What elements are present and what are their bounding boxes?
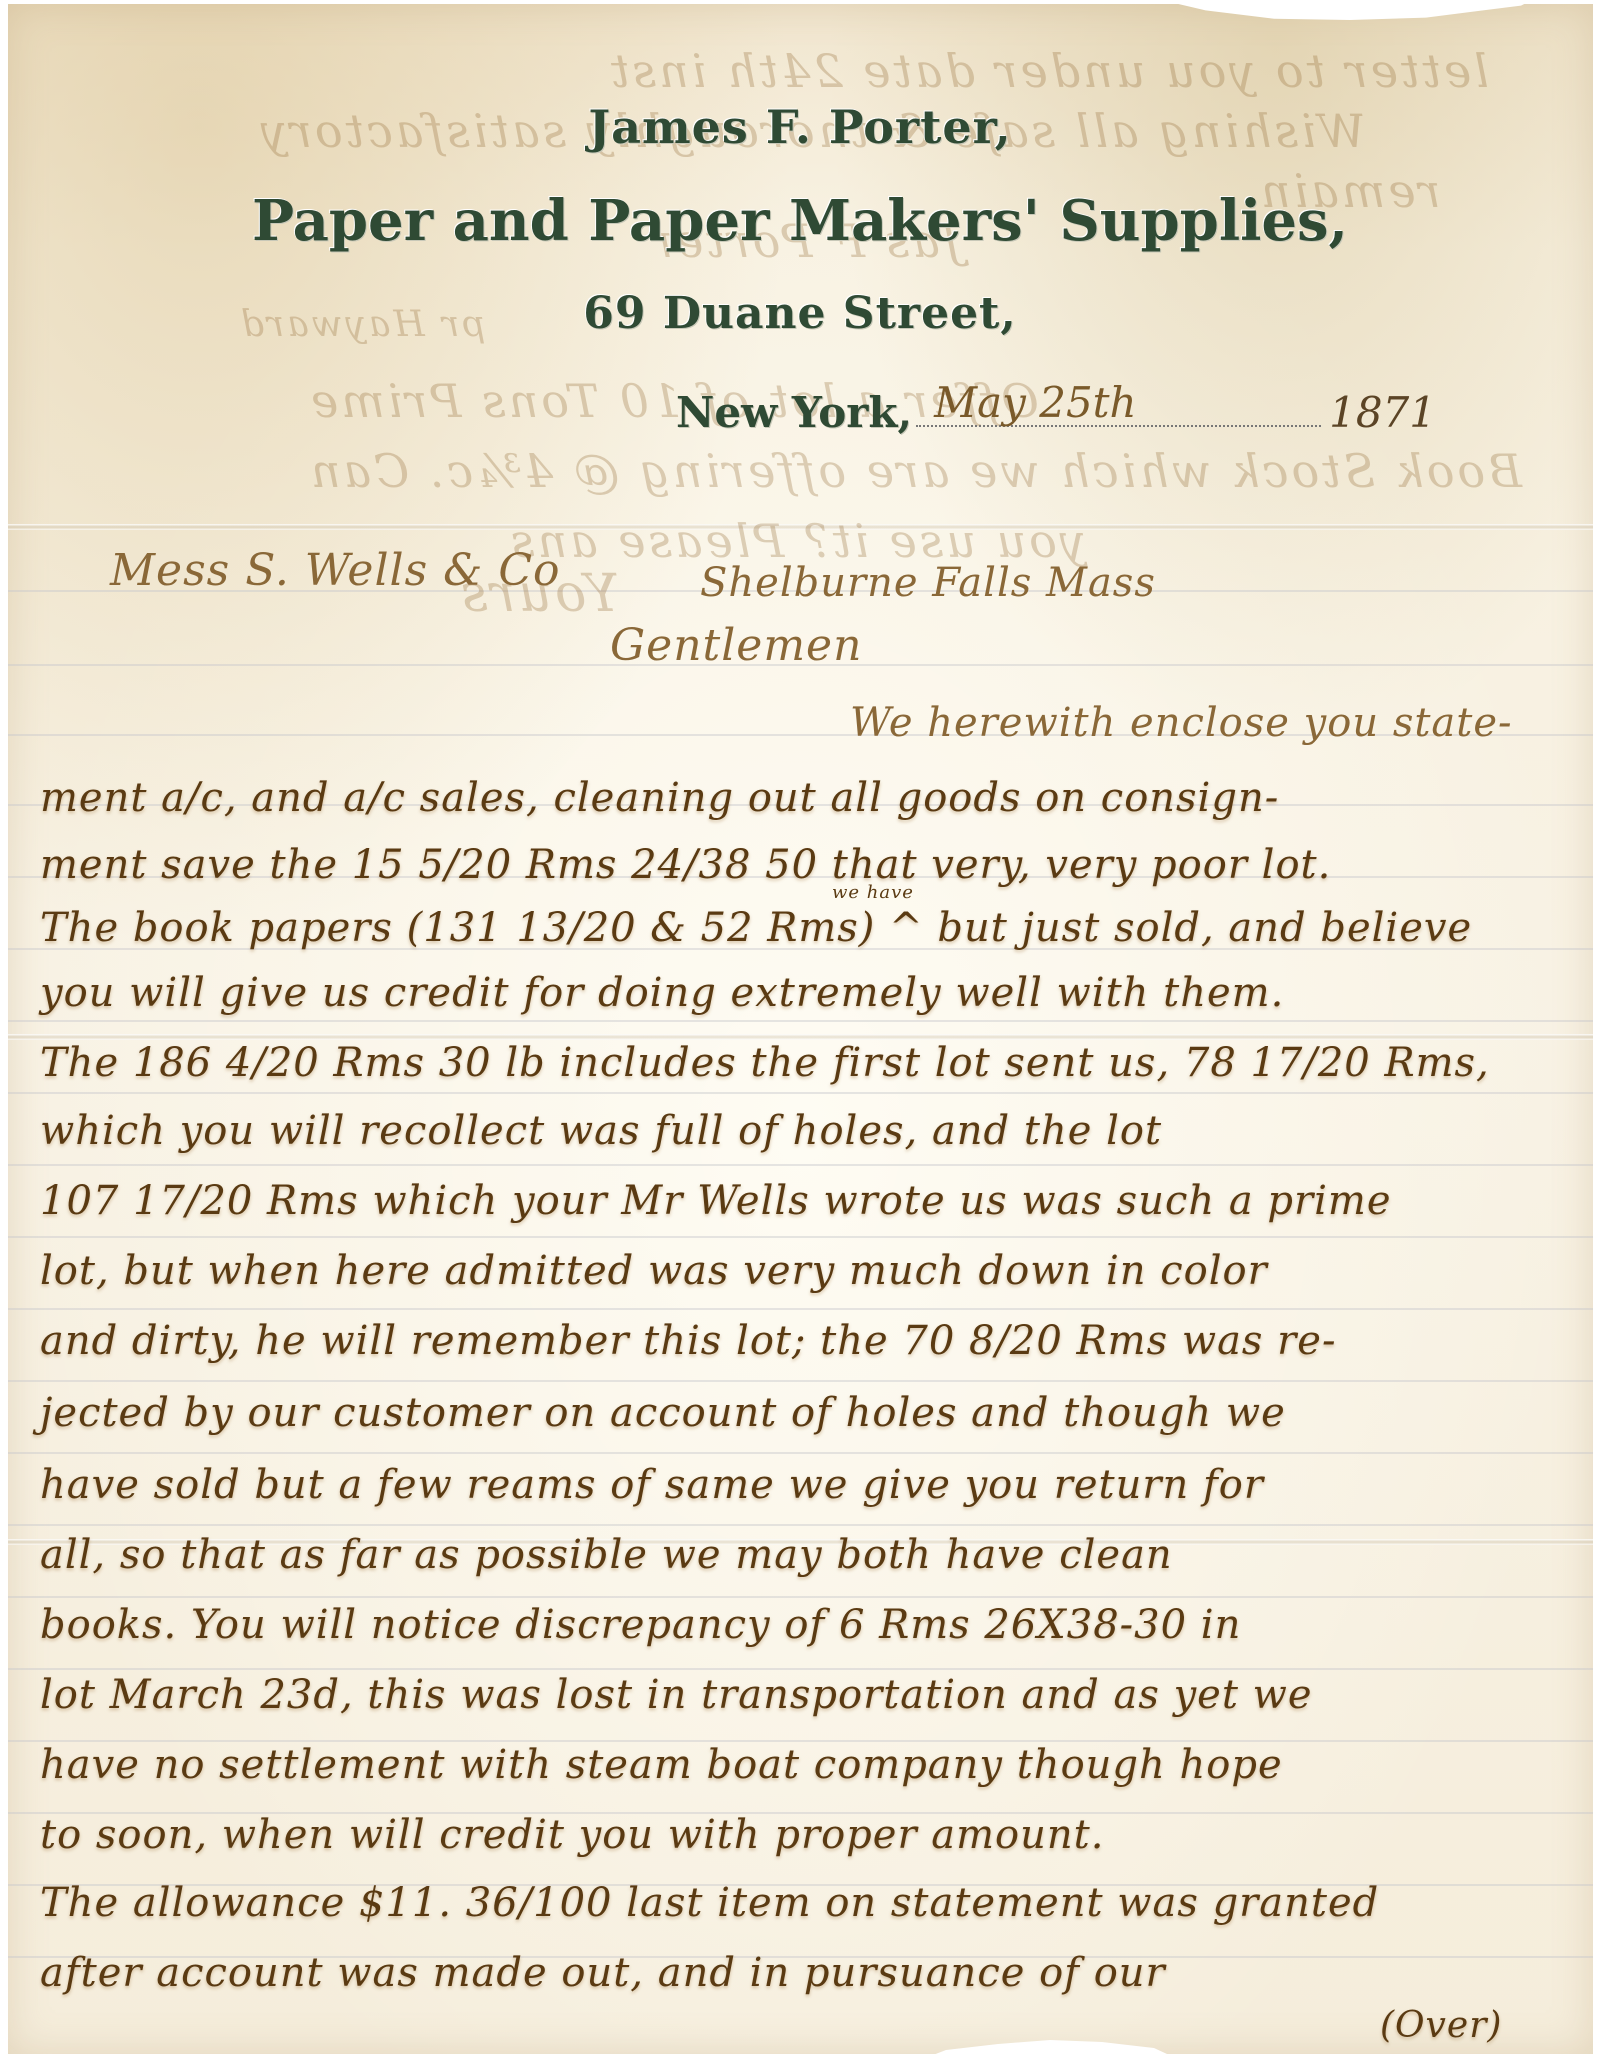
over-marker: (Over) [1380, 2005, 1502, 2046]
body-line: jected by our customer on account of hol… [40, 1390, 1286, 1436]
body-line: have sold but a few reams of same we giv… [40, 1462, 1264, 1508]
letterhead-street: 69 Duane Street, [0, 288, 1600, 339]
letterhead-city: New York, [676, 388, 912, 437]
dateline: New York, May 25th 1871 [676, 385, 1436, 445]
body-line: which you will recollect was full of hol… [40, 1108, 1162, 1154]
ruled-line [8, 1524, 1593, 1526]
handwritten-date: May 25th [934, 378, 1137, 427]
ruled-line [8, 1668, 1593, 1670]
letterhead-trade: Paper and Paper Makers' Supplies, [0, 188, 1600, 254]
bleed-through-text: letter to you under date 24th inst [608, 44, 1489, 98]
body-line: ment a/c, and a/c sales, cleaning out al… [40, 775, 1279, 821]
ruled-line [8, 1452, 1593, 1454]
body-line: The allowance $11. 36/100 last item on s… [40, 1880, 1379, 1926]
bleed-through-text: Book Stock which we are offering @ 4¾c. … [308, 444, 1522, 498]
body-line: The 186 4/20 Rms 30 lb includes the firs… [40, 1040, 1490, 1086]
body-line: you will give us credit for doing extrem… [40, 970, 1284, 1016]
salutation: Gentlemen [610, 620, 862, 671]
ruled-line [8, 1092, 1593, 1094]
body-line: 107 17/20 Rms which your Mr Wells wrote … [40, 1178, 1392, 1224]
body-line: The book papers (131 13/20 & 52 Rms) ^ b… [40, 905, 1472, 951]
body-line: lot, but when here admitted was very muc… [40, 1248, 1268, 1294]
body-line: have no settlement with steam boat compa… [40, 1742, 1283, 1788]
ruled-line [8, 1236, 1593, 1238]
body-line: lot March 23d, this was lost in transpor… [40, 1672, 1313, 1718]
recipient: Mess S. Wells & Co [110, 545, 560, 596]
ruled-line [8, 1380, 1593, 1382]
insertion-note: we have [832, 882, 914, 903]
body-line: and dirty, he will remember this lot; th… [40, 1318, 1336, 1364]
date-year: 1871 [1329, 388, 1436, 437]
body-line: after account was made out, and in pursu… [40, 1950, 1166, 1996]
body-line: all, so that as far as possible we may b… [40, 1532, 1173, 1578]
ruled-line [8, 1308, 1593, 1310]
ruled-line [8, 1596, 1593, 1598]
ruled-line [8, 1020, 1593, 1022]
letterhead-name: James F. Porter, [0, 100, 1600, 154]
date-rule: May 25th [916, 385, 1321, 427]
body-line: We herewith enclose you state- [850, 700, 1513, 746]
body-line: to soon, when will credit you with prope… [40, 1812, 1104, 1858]
recipient-location: Shelburne Falls Mass [700, 560, 1156, 606]
ruled-line [8, 1164, 1593, 1166]
body-line: ment save the 15 5/20 Rms 24/38 50 that … [40, 842, 1331, 888]
body-line: books. You will notice discrepancy of 6 … [40, 1602, 1241, 1648]
